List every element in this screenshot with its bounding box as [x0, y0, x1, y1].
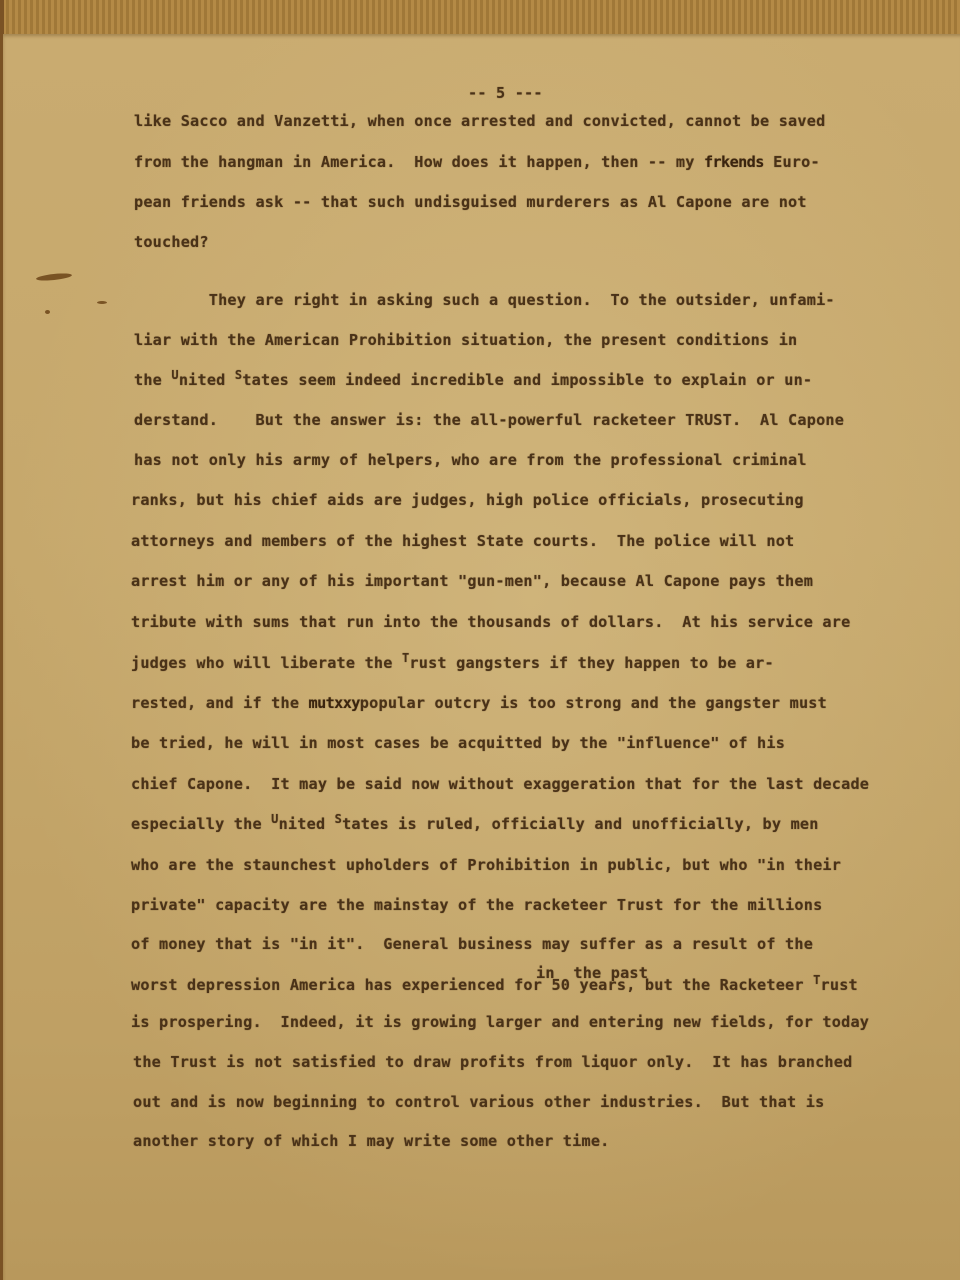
line-text: pean friends ask -- that such undisguise…	[134, 193, 807, 211]
typed-line: private" capacity are the mainstay of th…	[131, 896, 822, 914]
page-number: -- 5 ---	[468, 84, 543, 102]
typed-line: has not only his army of helpers, who ar…	[134, 451, 807, 469]
line-text: tates seem indeed incredible and impossi…	[242, 371, 812, 389]
line-text: ranks, but his chief aids are judges, hi…	[131, 491, 804, 509]
raised-capital: T	[402, 651, 409, 665]
typed-line: out and is now beginning to control vari…	[133, 1093, 824, 1111]
line-text: of money that is "in it". General busine…	[131, 935, 813, 953]
line-text: be tried, he will in most cases be acqui…	[131, 734, 785, 752]
typed-line: from the hangman in America. How does it…	[134, 153, 820, 171]
line-text: worst depression America has experienced…	[131, 976, 813, 994]
line-text: liar with the American Prohibition situa…	[134, 331, 797, 349]
typed-line: is prospering. Indeed, it is growing lar…	[131, 1013, 869, 1031]
typed-line: attorneys and members of the highest Sta…	[131, 532, 794, 550]
typed-line: judges who will liberate the Trust gangs…	[131, 654, 774, 673]
line-text: another story of which I may write some …	[133, 1132, 610, 1150]
typed-line: of money that is "in it". General busine…	[131, 935, 813, 953]
line-text: especially the	[131, 815, 271, 833]
line-text: chief Capone. It may be said now without…	[131, 775, 869, 793]
typed-line: touched?	[134, 233, 209, 251]
line-text: like Sacco and Vanzetti, when once arres…	[134, 112, 825, 130]
line-text: is prospering. Indeed, it is growing lar…	[131, 1013, 869, 1031]
typed-line: ranks, but his chief aids are judges, hi…	[131, 491, 804, 509]
line-text: who are the staunchest upholders of Proh…	[131, 856, 841, 874]
line-text: nited	[279, 815, 335, 833]
raised-capital: T	[813, 973, 820, 987]
raised-capital: U	[171, 368, 178, 382]
line-text: nited	[179, 371, 235, 389]
line-text: private" capacity are the mainstay of th…	[131, 896, 822, 914]
line-text: They are right in asking such a question…	[134, 291, 835, 309]
typed-text-area: -- 5 --- in the past like Sacco and Vanz…	[0, 0, 960, 1280]
typed-line: They are right in asking such a question…	[134, 291, 835, 309]
typed-line: the Trust is not satisfied to draw profi…	[133, 1053, 852, 1071]
struck-over-word: frkends	[704, 153, 764, 171]
typed-line: especially the United States is ruled, o…	[131, 815, 819, 834]
typed-line: chief Capone. It may be said now without…	[131, 775, 869, 793]
typed-line: pean friends ask -- that such undisguise…	[134, 193, 807, 211]
line-text: out and is now beginning to control vari…	[133, 1093, 824, 1111]
typed-line: the United States seem indeed incredible…	[134, 371, 812, 390]
line-text: popular outcry is too strong and the gan…	[360, 694, 827, 712]
typed-line: worst depression America has experienced…	[131, 976, 858, 995]
raised-capital: S	[335, 812, 342, 826]
line-text: has not only his army of helpers, who ar…	[134, 451, 807, 469]
typed-line: arrest him or any of his important "gun-…	[131, 572, 813, 590]
line-text: tribute with sums that run into the thou…	[131, 613, 850, 631]
typed-line: tribute with sums that run into the thou…	[131, 613, 850, 631]
line-text: arrest him or any of his important "gun-…	[131, 572, 813, 590]
line-text: rust gangsters if they happen to be ar-	[409, 654, 773, 672]
typed-line: derstand. But the answer is: the all-pow…	[134, 411, 844, 429]
typed-line: liar with the American Prohibition situa…	[134, 331, 797, 349]
line-text: tates is ruled, officially and unofficia…	[342, 815, 819, 833]
typed-line: be tried, he will in most cases be acqui…	[131, 734, 785, 752]
line-text: rust	[821, 976, 858, 994]
struck-over-word: mutxxy	[309, 694, 360, 712]
line-text: Euro-	[764, 153, 820, 171]
line-text: the	[134, 371, 171, 389]
typed-line: rested, and if the mutxxypopular outcry …	[131, 694, 827, 712]
line-text: touched?	[134, 233, 209, 251]
typed-line: another story of which I may write some …	[133, 1132, 610, 1150]
line-text: derstand. But the answer is: the all-pow…	[134, 411, 844, 429]
line-text: the Trust is not satisfied to draw profi…	[133, 1053, 852, 1071]
raised-capital: S	[235, 368, 242, 382]
typed-line: who are the staunchest upholders of Proh…	[131, 856, 841, 874]
line-text: judges who will liberate the	[131, 654, 402, 672]
line-text: from the hangman in America. How does it…	[134, 153, 704, 171]
line-text: rested, and if the	[131, 694, 309, 712]
photo-scene: -- 5 --- in the past like Sacco and Vanz…	[0, 0, 960, 1280]
raised-capital: U	[271, 812, 278, 826]
line-text: attorneys and members of the highest Sta…	[131, 532, 794, 550]
typed-line: like Sacco and Vanzetti, when once arres…	[134, 112, 825, 130]
